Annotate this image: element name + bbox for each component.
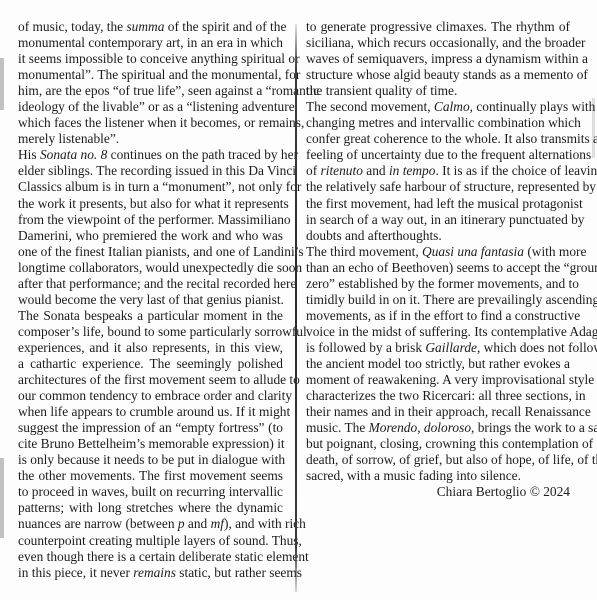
paragraph-6: The third movement, Quasi una fantasia (… (306, 244, 570, 485)
text-line: our common tendency to embrace order and… (18, 388, 283, 404)
text-fragment: static, but rather seems (176, 565, 302, 580)
text-line: their names and in their approach, recal… (306, 404, 570, 420)
text-line: ideology of the livable” or as a “listen… (18, 99, 283, 115)
text-line: zero” established by the former movement… (306, 276, 570, 292)
text-fragment: The third movement, (306, 244, 422, 259)
text-line: monumental contemporary art, in an era i… (18, 35, 283, 51)
italic-term-summa: summa (126, 19, 164, 34)
italic-term-gaillarde: Gaillarde (425, 340, 477, 355)
text-fragment: continues on the path traced by her (107, 147, 298, 162)
paragraph-1: of music, today, the summa of the spirit… (18, 19, 283, 147)
text-line: would become the very last of that geniu… (18, 292, 283, 308)
text-fragment: , continually plays with (470, 99, 596, 114)
text-line: in this piece, it never remains static, … (18, 565, 283, 581)
author-signature: Chiara Bertoglio © 2024 (306, 484, 570, 500)
text-line: timidly build in on it. There are prevai… (306, 292, 570, 308)
text-line: but poignant, closing, crowning this con… (306, 436, 570, 452)
booklet-page: of music, today, the summa of the spirit… (0, 0, 597, 600)
text-line: elder siblings. The recording issued in … (18, 163, 283, 179)
text-fragment: of (306, 163, 321, 178)
text-line: nuances are narrow (between p and mf), a… (18, 516, 283, 532)
text-line: is followed by a brisk Gaillarde, which … (306, 340, 570, 356)
italic-term-in-tempo: in tempo (389, 163, 436, 178)
text-line: the ancient model too strictly, but rath… (306, 356, 570, 372)
dynamic-marking-p: p (178, 516, 185, 531)
italic-term-ritenuto: ritenuto (321, 163, 363, 178)
text-fragment: of the spirit and of the (164, 19, 286, 34)
text-line: to proceed in waves, built on recurring … (18, 484, 283, 500)
text-line: composer’s life, bound to some particula… (18, 324, 283, 340)
text-fragment: ), and with rich (224, 516, 306, 531)
text-line: music. The Morendo, doloroso, brings the… (306, 420, 570, 436)
italic-term-remains: remains (133, 565, 176, 580)
italic-title-quasi-una-fantasia: Quasi una fantasia (422, 244, 524, 259)
text-line: of ritenuto and in tempo. It is as if th… (306, 163, 570, 179)
text-line: in search of a way out, in an itinerary … (306, 212, 570, 228)
text-line: sacred, with a music fading into silence… (306, 468, 570, 484)
text-line: after that performance; and the recital … (18, 276, 283, 292)
text-line: cite Bruno Bettelheim’s memorable expres… (18, 436, 283, 452)
text-line: changing metres and intervallic combinat… (306, 115, 570, 131)
text-line: confer great coherence to the whole. It … (306, 131, 570, 147)
italic-term-morendo-doloroso: Morendo, doloroso (369, 420, 471, 435)
text-line: experiences, and it also represents, in … (18, 340, 283, 356)
text-line: waves of semiquavers, impress a dynamism… (306, 51, 570, 67)
text-line: even though there is a certain deliberat… (18, 549, 283, 565)
text-line: than an echo of Beethoven) seems to acce… (306, 260, 570, 276)
text-line: merely listenable”. (18, 131, 283, 147)
text-line: characterizes the two Ricercari: all thr… (306, 388, 570, 404)
text-line: The second movement, Calmo, continually … (306, 99, 570, 115)
text-line: it seems impossible to conceive anything… (18, 51, 283, 67)
text-line: patterns; with long stretches where the … (18, 500, 283, 516)
text-line: The third movement, Quasi una fantasia (… (306, 244, 570, 260)
text-line: The Sonata bespeaks a particular moment … (18, 308, 283, 324)
italic-title-sonata: Sonata no. 8 (40, 147, 107, 162)
text-fragment: of music, today, the (18, 19, 126, 34)
left-column: of music, today, the summa of the spirit… (18, 19, 283, 581)
text-fragment: music. The (306, 420, 369, 435)
text-fragment: His (18, 147, 40, 162)
text-line: death, of sorrow, of grief, but also of … (306, 452, 570, 468)
text-line: His Sonata no. 8 continues on the path t… (18, 147, 283, 163)
text-line: when life appears to crumble around us. … (18, 404, 283, 420)
text-fragment: nuances are narrow (between (18, 516, 178, 531)
text-line: to generate progressive climaxes. The rh… (306, 19, 570, 35)
text-fragment: is followed by a brisk (306, 340, 425, 355)
paragraph-3: The Sonata bespeaks a particular moment … (18, 308, 283, 581)
text-line: movements, as if in the effort to find a… (306, 308, 570, 324)
page-edge-shadow (0, 458, 4, 538)
text-line: moment of reawakening. A very improvisat… (306, 372, 570, 388)
paragraph-4: to generate progressive climaxes. The rh… (306, 19, 570, 99)
paragraph-2: His Sonata no. 8 continues on the path t… (18, 147, 283, 307)
text-fragment: . It is as if the choice of leaving (435, 163, 597, 178)
right-column: to generate progressive climaxes. The rh… (306, 19, 570, 500)
text-line: longtime collaborators, would unexpected… (18, 260, 283, 276)
text-line: from the viewpoint of the performer. Mas… (18, 212, 283, 228)
text-line: voice in the midst of suffering. Its con… (306, 324, 570, 340)
text-line: which faces the listener when it becomes… (18, 115, 283, 131)
text-line: doubts and afterthoughts. (306, 228, 570, 244)
text-fragment: The second movement, (306, 99, 434, 114)
text-line: the work it presents, but also for what … (18, 196, 283, 212)
text-line: Classics album is in turn a “monument”, … (18, 179, 283, 195)
dynamic-marking-mf: mf (211, 516, 224, 531)
text-line: a cathartic experience. The seemingly po… (18, 356, 283, 372)
text-line: is only because it needs to be put in di… (18, 452, 283, 468)
column-divider (295, 24, 297, 592)
page-edge-shadow (0, 58, 4, 110)
italic-title-calmo: Calmo (434, 99, 470, 114)
text-line: counterpoint creating multiple layers of… (18, 533, 283, 549)
text-fragment: in this piece, it never (18, 565, 133, 580)
text-line: feeling of uncertainty due to the freque… (306, 147, 570, 163)
text-fragment: and (363, 163, 389, 178)
paragraph-5: The second movement, Calmo, continually … (306, 99, 570, 243)
text-fragment: (with more (524, 244, 586, 259)
text-line: siciliana, which recurs occasionally, an… (306, 35, 570, 51)
text-line: one of the finest Italian pianists, and … (18, 244, 283, 260)
text-line: the transient quality of time. (306, 83, 570, 99)
text-line: him, are the epos “of true life”, seen a… (18, 83, 283, 99)
text-fragment: and (185, 516, 211, 531)
text-fragment: , brings the work to a sad, (471, 420, 597, 435)
text-fragment: , which does not follow (477, 340, 597, 355)
text-line: suggest the impression of an “empty fort… (18, 420, 283, 436)
text-line: of music, today, the summa of the spirit… (18, 19, 283, 35)
text-line: architectures of the first movement seem… (18, 372, 283, 388)
text-line: the relatively safe harbour of structure… (306, 179, 570, 195)
text-line: the first movement, had left the musical… (306, 196, 570, 212)
text-line: monumental”. The spiritual and the monum… (18, 67, 283, 83)
text-line: the other movements. The first movement … (18, 468, 283, 484)
text-line: Damerini, who premiered the work and who… (18, 228, 283, 244)
text-line: structure whose algid beauty stands as a… (306, 67, 570, 83)
